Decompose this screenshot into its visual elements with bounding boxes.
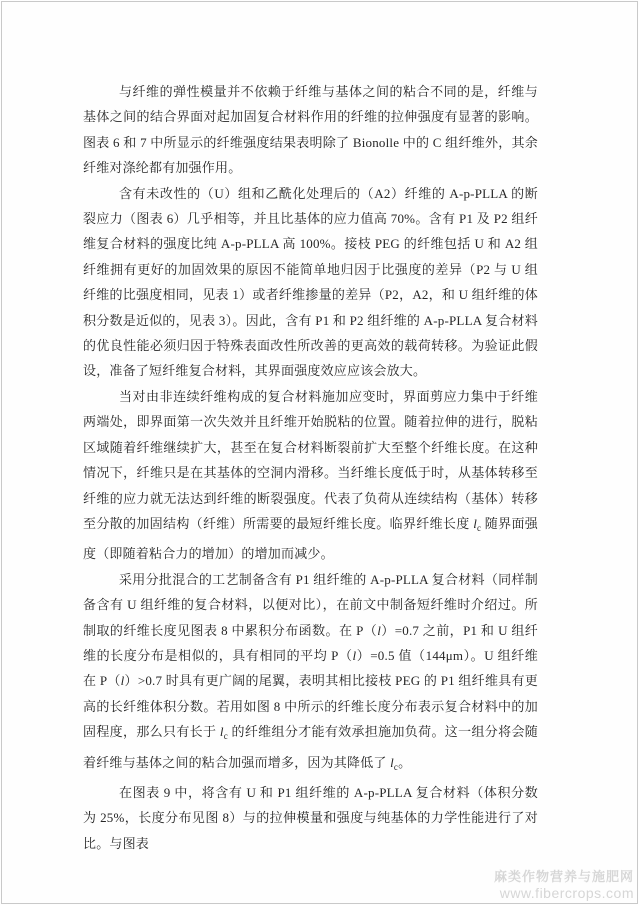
paragraph: 采用分批混合的工艺制备含有 P1 组纤维的 A-p-PLLA 复合材料（同样制备… (83, 567, 538, 780)
watermark-site-url: www.fibercrops.com (494, 885, 634, 901)
text-segment: 在图表 9 中，将含有 U 和 P1 组纤维的 A-p-PLLA 复合材料（体积… (83, 785, 538, 851)
watermark-site-name: 麻类作物营养与施肥网 (494, 870, 634, 885)
paragraph: 含有未改性的（U）组和乙酰化处理后的（A2）纤维的 A-p-PLLA 的断裂应力… (83, 181, 538, 384)
text-segment: 含有未改性的（U）组和乙酰化处理后的（A2）纤维的 A-p-PLLA 的断裂应力… (83, 186, 538, 379)
paragraph: 当对由非连续纤维构成的复合材料施加应变时，界面剪应力集中于纤维两端处，即界面第一… (83, 384, 538, 567)
text-segment: 。 (398, 755, 411, 770)
document-page: 与纤维的弹性模量并不依赖于纤维与基体之间的粘合不同的是，纤维与基体之间的结合界面… (0, 0, 639, 905)
text-block: 与纤维的弹性模量并不依赖于纤维与基体之间的粘合不同的是，纤维与基体之间的结合界面… (83, 79, 538, 856)
text-segment: 与纤维的弹性模量并不依赖于纤维与基体之间的粘合不同的是，纤维与基体之间的结合界面… (83, 84, 538, 175)
paragraph: 在图表 9 中，将含有 U 和 P1 组纤维的 A-p-PLLA 复合材料（体积… (83, 780, 538, 856)
paragraph: 与纤维的弹性模量并不依赖于纤维与基体之间的粘合不同的是，纤维与基体之间的结合界面… (83, 79, 538, 181)
text-segment: 当对由非连续纤维构成的复合材料施加应变时，界面剪应力集中于纤维两端处，即界面第一… (83, 389, 538, 531)
watermark: 麻类作物营养与施肥网 www.fibercrops.com (494, 870, 634, 901)
